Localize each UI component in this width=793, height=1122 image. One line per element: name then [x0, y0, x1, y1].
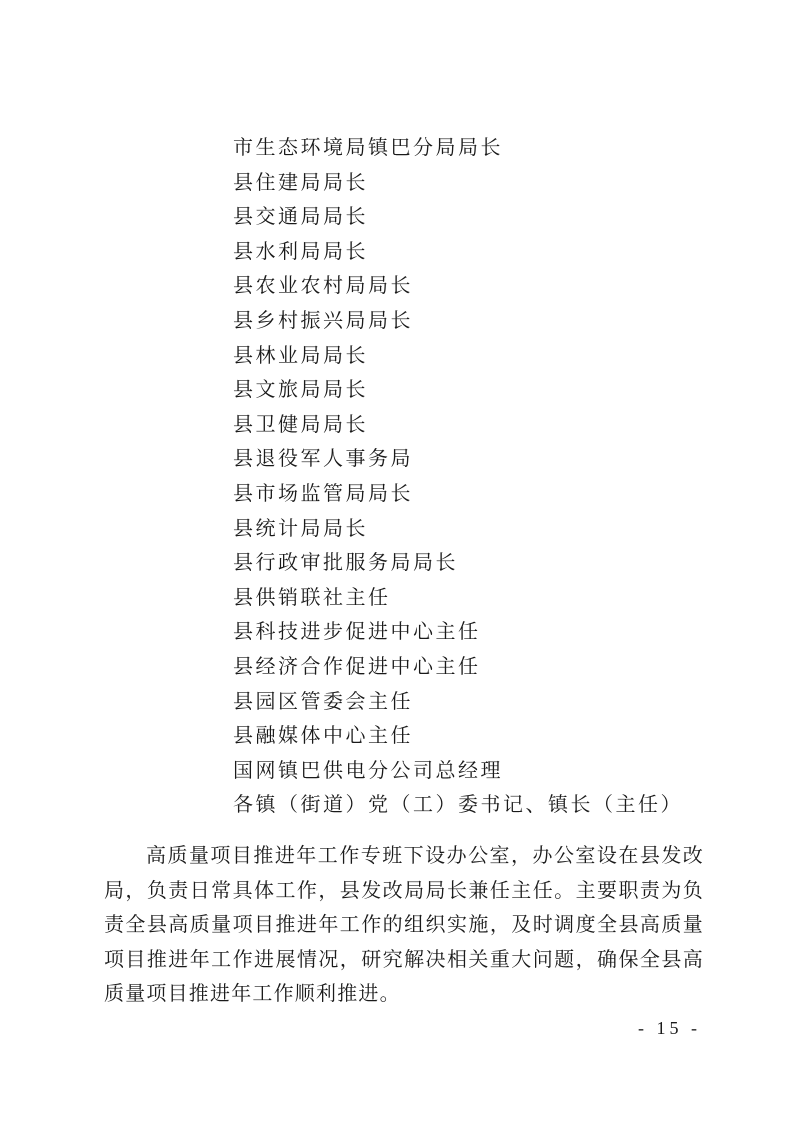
member-list: 市生态环境局镇巴分局局长 县住建局局长 县交通局局长 县水利局局长 县农业农村局…: [233, 130, 683, 822]
list-item: 县卫健局局长: [233, 407, 683, 442]
list-item: 国网镇巴供电分公司总经理: [233, 753, 683, 788]
list-item: 市生态环境局镇巴分局局长: [233, 130, 683, 165]
list-item: 县交通局局长: [233, 199, 683, 234]
list-item: 县退役军人事务局: [233, 441, 683, 476]
list-item: 县住建局局长: [233, 165, 683, 200]
list-item: 县园区管委会主任: [233, 684, 683, 719]
list-item: 县市场监管局局长: [233, 476, 683, 511]
list-item: 县水利局局长: [233, 234, 683, 269]
office-description-paragraph: 高质量项目推进年工作专班下设办公室，办公室设在县发改局，负责日常具体工作，县发改…: [104, 838, 704, 1011]
list-item: 县融媒体中心主任: [233, 718, 683, 753]
page-number: - 15 -: [638, 1018, 701, 1039]
list-item: 县科技进步促进中心主任: [233, 614, 683, 649]
list-item: 各镇（街道）党（工）委书记、镇长（主任）: [233, 787, 683, 822]
list-item: 县经济合作促进中心主任: [233, 649, 683, 684]
list-item: 县文旅局局长: [233, 372, 683, 407]
list-item: 县林业局局长: [233, 338, 683, 373]
list-item: 县供销联社主任: [233, 580, 683, 615]
list-item: 县统计局局长: [233, 511, 683, 546]
list-item: 县农业农村局局长: [233, 268, 683, 303]
list-item: 县行政审批服务局局长: [233, 545, 683, 580]
list-item: 县乡村振兴局局长: [233, 303, 683, 338]
